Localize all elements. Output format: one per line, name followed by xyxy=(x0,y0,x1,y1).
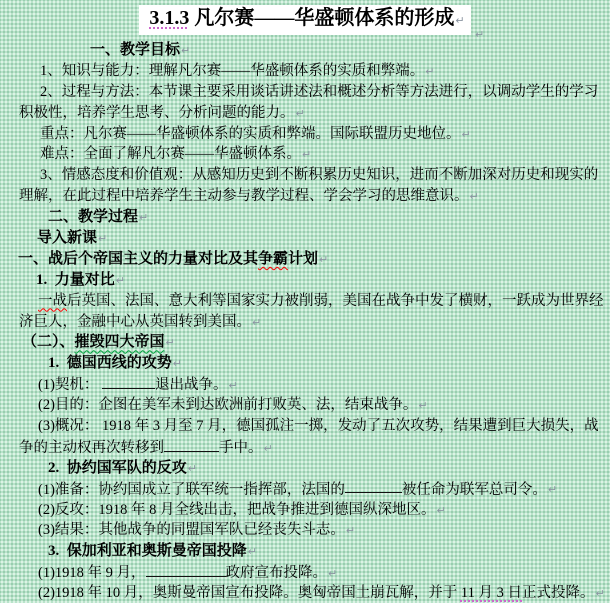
paragraph-mark-icon: ↵ xyxy=(296,107,305,120)
text-segment: 摧毁四大帝国 xyxy=(75,334,165,350)
text-line: 3. 保加利亚和奥斯曼帝国投降↵ xyxy=(0,541,610,562)
title-row: 3.1.3 凡尔赛——华盛顿体系的形成↵ xyxy=(0,0,610,32)
text-segment: (1)准备：协约国成立了联军统一指挥部，法国的 xyxy=(38,481,345,497)
text-segment: (1)契机： xyxy=(38,377,102,393)
paragraph-mark-icon: ↵ xyxy=(248,545,257,558)
text-line: (1)准备：协约国成立了联军统一指挥部，法国的被任命为联军总司令。↵ xyxy=(0,479,610,500)
text-line: 1. 德国西线的攻势↵ xyxy=(0,353,610,374)
document-title: 3.1.3 凡尔赛——华盛顿体系的形成↵ xyxy=(139,5,470,35)
text-line: 二、教学过程↵ xyxy=(0,207,610,228)
paragraph-mark-icon: ↵ xyxy=(437,504,446,517)
text-segment: 3. 保加利亚和奥斯曼帝国投降 xyxy=(48,543,247,559)
text-line: 2. 协约国军队的反攻↵ xyxy=(0,458,610,479)
paragraph-mark-icon: ↵ xyxy=(264,442,273,455)
text-segment: 1. 力量对比 xyxy=(36,272,115,288)
text-line: 积极性，培养学生思考、分析问题的能力。↵ xyxy=(0,103,610,124)
text-segment: 2. 协约国军队的反攻 xyxy=(48,460,187,476)
text-line: (1)1918 年 9 月，政府宣布投降。↵ xyxy=(0,562,610,583)
text-segment: 二、教学过程 xyxy=(48,209,138,225)
text-segment: (3)概况： 1918 年 3 月至 7 月，德国孤注一掷，发动了五次攻势，结果… xyxy=(38,418,599,434)
text-segment: (2)目的：企图在美军未到达欧洲前打败英、法，结束战争。 xyxy=(38,397,417,413)
paragraph-mark-icon: ↵ xyxy=(418,399,427,412)
paragraph-mark-icon: ↵ xyxy=(596,587,605,600)
paragraph-mark-icon: ↵ xyxy=(166,336,175,349)
text-segment: 凡尔赛——华盛顿体系的形成 xyxy=(189,7,454,29)
text-segment: 手中。 xyxy=(219,440,263,456)
paragraph-mark-icon: ↵ xyxy=(252,316,261,329)
paragraph-mark-icon: ↵ xyxy=(302,148,311,161)
text-line: 难点：全面了解凡尔赛——华盛顿体系。↵ xyxy=(0,144,610,165)
text-line: 2、过程与方法：本节课主要采用谈话讲述法和概述分析等方法进行，以调动学生的学习 xyxy=(0,82,610,103)
text-segment: 理解，在此过程中培养学生主动参与教学过程、学会学习的思维意识。 xyxy=(19,188,469,204)
text-line: 济巨人，金融中心从英国转到美国。↵ xyxy=(0,312,610,333)
text-segment: （二）、 xyxy=(22,334,75,350)
text-segment: 难点：全面了解凡尔赛——华盛顿体系。 xyxy=(40,146,301,162)
paragraph-mark-icon: ↵ xyxy=(173,357,182,370)
paragraph-mark-icon: ↵ xyxy=(425,65,434,78)
text-line: (3)结果：其他战争的同盟国军队已经丧失斗志。↵ xyxy=(0,520,610,541)
text-line: 重点：凡尔赛——华盛顿体系的实质和弊端。国际联盟历史地位。↵ xyxy=(0,124,610,145)
text-segment: (3)结果：其他战争的同盟国军队已经丧失斗志。 xyxy=(38,522,345,538)
text-segment: 积极性，培养学生思考、分析问题的能力。 xyxy=(19,105,295,121)
text-line: （二）、摧毁四大帝国↵ xyxy=(0,332,610,353)
text-segment: 后英国、法国、意大利等国家实力被削弱，美国在战争中发了横财，一跃成为世界经 xyxy=(67,293,604,309)
text-segment: 一、教学目标 xyxy=(90,42,180,58)
text-segment: (2)反攻：1918 年 8 月全线出击，把战争推进到德国纵深地区。 xyxy=(38,502,436,518)
text-line: 一、战后个帝国主义的力量对比及其争霸计划↵ xyxy=(0,249,610,270)
text-segment: 退出战争。 xyxy=(155,377,228,393)
text-line: 3、情感态度和价值观：从感知历史到不断积累历史知识，进而不断加深对历史和现实的 xyxy=(0,165,610,186)
paragraph-mark-icon: ↵ xyxy=(181,44,190,57)
text-line: (3)概况： 1918 年 3 月至 7 月，德国孤注一掷，发动了五次攻势，结果… xyxy=(0,416,610,437)
paragraph-mark-icon: ↵ xyxy=(346,524,355,537)
text-segment: 3、情感态度和价值观：从感知历史到不断积累历史知识，进而不断加深对历史和现实的 xyxy=(40,167,598,183)
text-segment: 导入新课 xyxy=(37,230,97,246)
text-line: (2)目的：企图在美军未到达欧洲前打败英、法，结束战争。↵ xyxy=(0,395,610,416)
text-line: (2)反攻：1918 年 8 月全线出击，把战争推进到德国纵深地区。↵ xyxy=(0,500,610,521)
text-segment: 1. 德国西线的攻势 xyxy=(48,355,172,371)
text-segment: 被任命为联军总司令。 xyxy=(402,481,547,497)
paragraph-mark-icon: ↵ xyxy=(548,483,557,496)
text-segment: 计划 xyxy=(288,251,318,267)
text-line: 一战后英国、法国、意大利等国家实力被削弱，美国在战争中发了横财，一跃成为世界经 xyxy=(0,291,610,312)
text-segment: (2)1918 年 10 月，奥斯曼帝国宣布投降。奥匈帝国土崩瓦解，并于 xyxy=(38,585,461,601)
fill-in-blank xyxy=(164,437,219,452)
text-line: 导入新课↵ xyxy=(0,228,610,249)
text-segment: 争的主动权再次转移到 xyxy=(19,440,164,456)
fill-in-blank xyxy=(102,374,155,389)
paragraph-mark-icon: ↵ xyxy=(139,211,148,224)
text-line: 1、知识与能力：理解凡尔赛——华盛顿体系的实质和弊端。↵ xyxy=(0,61,610,82)
paragraph-mark-icon: ↵ xyxy=(470,190,479,203)
text-segment: 1、知识与能力：理解凡尔赛——华盛顿体系的实质和弊端。 xyxy=(40,63,424,79)
paragraph-mark-icon: ↵ xyxy=(319,253,328,266)
text-segment: 济巨人，金融中心从英国转到美国。 xyxy=(19,314,251,330)
text-segment: 一、战后个帝国主义的力量对比及其 xyxy=(18,251,258,267)
text-segment: 正式投降。 xyxy=(522,585,595,601)
paragraph-mark-icon: ↵ xyxy=(462,128,471,141)
document-page: 3.1.3 凡尔赛——华盛顿体系的形成↵ ↵ 一、教学目标↵1、知识与能力：理解… xyxy=(0,0,610,603)
text-line: 1. 力量对比↵ xyxy=(0,270,610,291)
paragraph-mark-icon: ↵ xyxy=(116,274,125,287)
document-body: 一、教学目标↵1、知识与能力：理解凡尔赛——华盛顿体系的实质和弊端。↵2、过程与… xyxy=(0,40,610,603)
text-line: (2)1918 年 10 月，奥斯曼帝国宣布投降。奥匈帝国土崩瓦解，并于 11 … xyxy=(0,583,610,603)
paragraph-mark-icon: ↵ xyxy=(188,462,197,475)
text-segment: 一战 xyxy=(38,293,67,309)
text-segment: 2、过程与方法：本节课主要采用谈话讲述法和概述分析等方法进行，以调动学生的学习 xyxy=(40,84,598,100)
paragraph-mark-icon: ↵ xyxy=(328,567,337,580)
paragraph-mark-icon: ↵ xyxy=(229,379,238,392)
fill-in-blank xyxy=(146,562,226,577)
text-line: 理解，在此过程中培养学生主动参与教学过程、学会学习的思维意识。↵ xyxy=(0,186,610,207)
fill-in-blank xyxy=(345,479,402,494)
text-segment: (1)1918 年 9 月， xyxy=(38,565,146,581)
empty-paragraph: ↵ xyxy=(0,32,610,40)
text-line: 争的主动权再次转移到手中。↵ xyxy=(0,437,610,458)
text-line: (1)契机： 退出战争。↵ xyxy=(0,374,610,395)
paragraph-mark-icon: ↵ xyxy=(98,232,107,245)
text-segment: 重点：凡尔赛——华盛顿体系的实质和弊端。国际联盟历史地位。 xyxy=(40,126,461,142)
text-segment: 争霸 xyxy=(258,251,288,267)
text-segment: 政府宣布投降。 xyxy=(226,565,328,581)
text-segment: 11 月 3 日 xyxy=(461,585,522,601)
text-line: 一、教学目标↵ xyxy=(0,40,610,61)
text-segment: 3.1.3 xyxy=(149,7,189,29)
paragraph-mark-icon: ↵ xyxy=(455,14,464,27)
